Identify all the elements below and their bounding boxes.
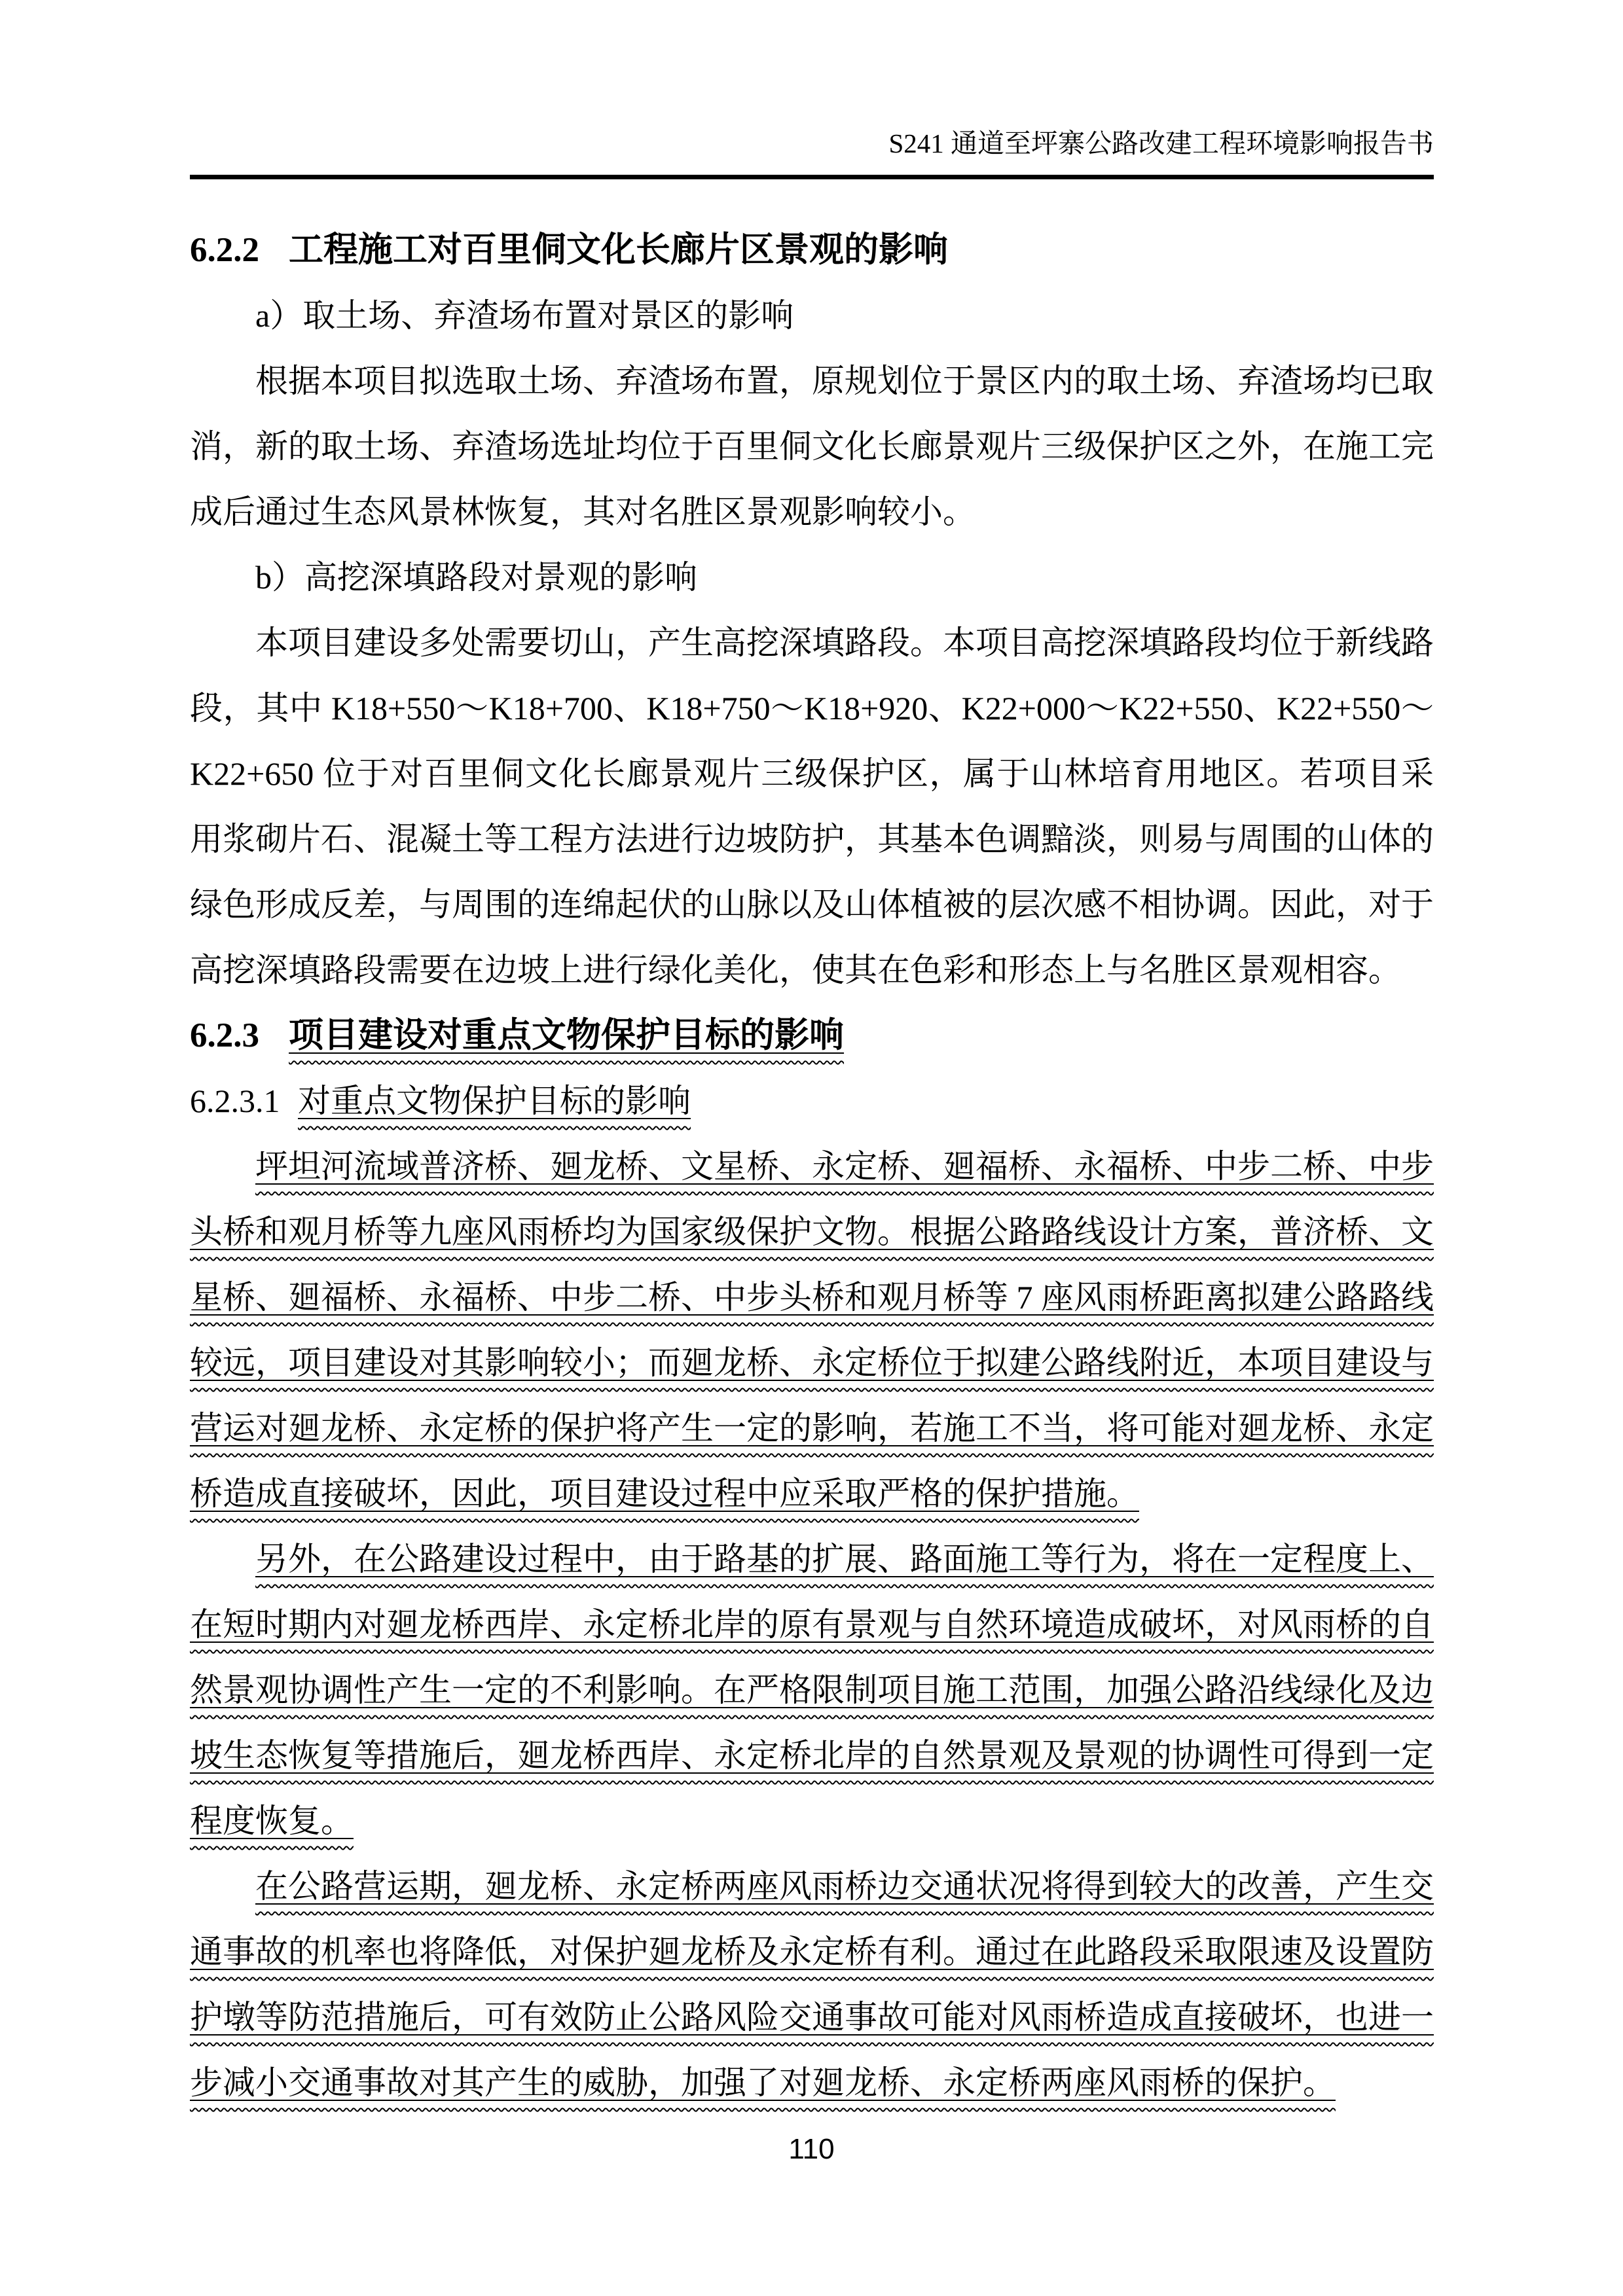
section-6-2-3-1-heading: 6.2.3.1对重点文物保护目标的影响	[190, 1068, 1434, 1134]
section-6-2-3-1-number: 6.2.3.1	[190, 1083, 280, 1119]
header-rule	[190, 175, 1434, 179]
document-page: S241 通道至坪寨公路改建工程环境影响报告书 6.2.2工程施工对百里侗文化长…	[0, 0, 1623, 2296]
page-header: S241 通道至坪寨公路改建工程环境影响报告书	[190, 128, 1434, 179]
paragraph-operation-period: 在公路营运期，廻龙桥、永定桥两座风雨桥边交通状况将得到较大的改善，产生交通事故的…	[190, 1854, 1434, 2115]
subheading-b: b）高挖深填路段对景观的影响	[190, 545, 1434, 610]
subheading-a: a）取土场、弃渣场布置对景区的影响	[190, 283, 1434, 348]
section-6-2-3-heading: 6.2.3项目建设对重点文物保护目标的影响	[190, 1003, 1434, 1068]
section-6-2-3-title: 项目建设对重点文物保护目标的影响	[289, 1016, 844, 1054]
page-body: 6.2.2工程施工对百里侗文化长廊片区景观的影响 a）取土场、弃渣场布置对景区的…	[190, 217, 1434, 2115]
paragraph-construction-impact: 另外，在公路建设过程中，由于路基的扩展、路面施工等行为，将在一定程度上、在短时期…	[190, 1526, 1434, 1854]
paragraph-borrow-spoil-sites: 根据本项目拟选取土场、弃渣场布置，原规划位于景区内的取土场、弃渣场均已取消，新的…	[190, 348, 1434, 545]
section-6-2-2-title: 工程施工对百里侗文化长廊片区景观的影响	[289, 231, 948, 269]
section-6-2-3-number: 6.2.3	[190, 1016, 259, 1054]
section-6-2-2-number: 6.2.2	[190, 231, 259, 269]
report-header-title: S241 通道至坪寨公路改建工程环境影响报告书	[190, 128, 1434, 159]
page-number: 110	[788, 2133, 834, 2165]
page-footer: 110	[0, 2135, 1623, 2164]
paragraph-cut-fill-sections: 本项目建设多处需要切山，产生高挖深填路段。本项目高挖深填路段均位于新线路段，其中…	[190, 610, 1434, 1003]
section-6-2-2-heading: 6.2.2工程施工对百里侗文化长廊片区景观的影响	[190, 217, 1434, 283]
section-6-2-3-1-title: 对重点文物保护目标的影响	[298, 1083, 691, 1119]
paragraph-heritage-bridges: 坪坦河流域普济桥、廻龙桥、文星桥、永定桥、廻福桥、永福桥、中步二桥、中步头桥和观…	[190, 1134, 1434, 1526]
